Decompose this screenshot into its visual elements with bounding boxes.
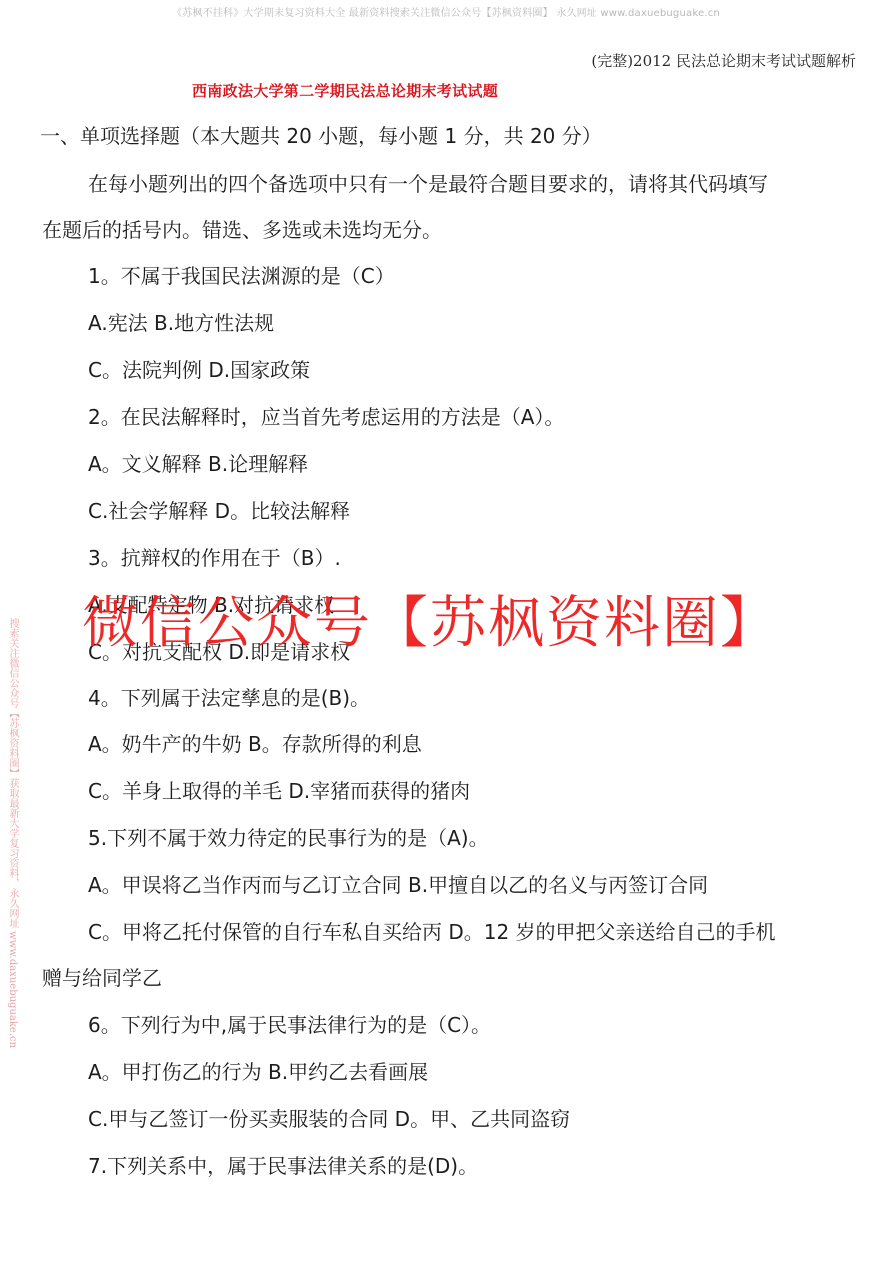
question-1-options-cd: C。法院判例 D.国家政策: [88, 358, 310, 382]
exam-title: 西南政法大学第二学期民法总论期末考试试题: [192, 80, 498, 101]
question-1-options-ab: A.宪法 B.地方性法规: [88, 311, 274, 335]
question-2-stem: 2。在民法解释时，应当首先考虑运用的方法是（A）。: [88, 405, 564, 429]
center-watermark: 微信公众号【苏枫资料圈】: [82, 590, 778, 658]
question-5-options-ab: A。甲误将乙当作丙而与乙订立合同 B.甲擅自以乙的名义与丙签订合同: [88, 873, 708, 897]
instructions-line-1: 在每小题列出的四个备选项中只有一个是最符合题目要求的，请将其代码填写: [88, 172, 768, 196]
question-2-options-ab: A。文义解释 B.论理解释: [88, 452, 308, 476]
top-banner: 《苏枫不挂科》大学期末复习资料大全 最新资料搜索关注微信公众号【苏枫资料圈】 永…: [0, 4, 892, 19]
question-6-options-ab: A。甲打伤乙的行为 B.甲约乙去看画展: [88, 1060, 428, 1084]
question-4-stem: 4。下列属于法定孳息的是(B)。: [88, 686, 370, 710]
question-7-stem: 7.下列关系中，属于民事法律关系的是(D)。: [88, 1154, 478, 1178]
question-5-options-cd: C。甲将乙托付保管的自行车私自买给丙 D。12 岁的甲把父亲送给自己的手机: [88, 920, 776, 944]
question-6-options-cd: C.甲与乙签订一份买卖服装的合同 D。甲、乙共同盗窃: [88, 1107, 570, 1131]
side-watermark: 搜索关注微信公众号【苏枫资料圈】获取最新大学复习资料，永久网址 www.daxu…: [4, 618, 18, 1048]
question-2-options-cd: C.社会学解释 D。比较法解释: [88, 499, 350, 523]
question-5-options-continued: 赠与给同学乙: [42, 966, 162, 990]
question-4-options-cd: C。羊身上取得的羊毛 D.宰猪而获得的猪肉: [88, 779, 470, 803]
question-1-stem: 1。不属于我国民法渊源的是（C）: [88, 264, 395, 288]
question-5-stem: 5.下列不属于效力待定的民事行为的是（A)。: [88, 826, 489, 850]
question-4-options-ab: A。奶牛产的牛奶 B。存款所得的利息: [88, 732, 422, 756]
question-3-stem: 3。抗辩权的作用在于（B）.: [88, 546, 341, 570]
instructions-line-2: 在题后的括号内。错选、多选或未选均无分。: [42, 218, 442, 242]
question-6-stem: 6。下列行为中,属于民事法律行为的是（C）。: [88, 1013, 491, 1037]
document-header-label: (完整)2012 民法总论期末考试试题解析: [591, 50, 856, 71]
section-heading: 一、单项选择题（本大题共 20 小题，每小题 1 分，共 20 分）: [40, 124, 602, 148]
